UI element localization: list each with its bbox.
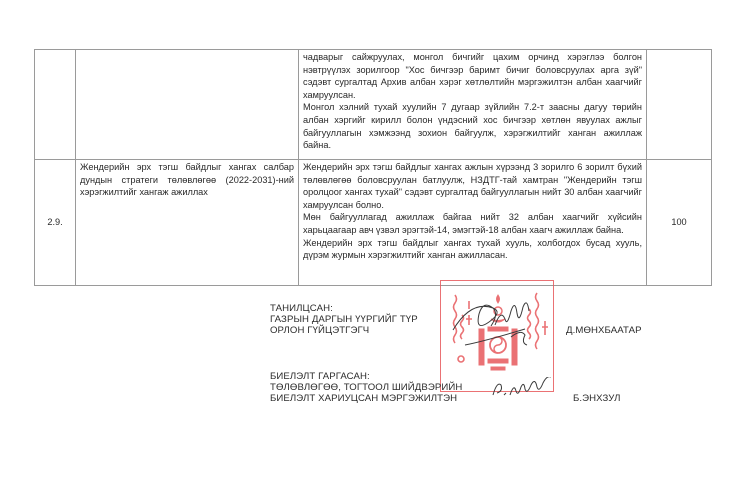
row-number-cell — [35, 50, 76, 160]
task-text: Жендерийн эрх тэгш байдлыг хангах салбар… — [80, 160, 294, 199]
percent-cell — [647, 50, 712, 160]
task-cell: Жендерийн эрх тэгш байдлыг хангах салбар… — [76, 160, 299, 286]
acknowledged-label: ТАНИЛЦСАН: — [270, 303, 630, 314]
result-paragraph: Жендерийн эрх тэгш байдлыг хангах тухай … — [303, 237, 642, 262]
table-row: 2.9. Жендерийн эрх тэгш байдлыг хангах с… — [35, 160, 712, 286]
prepared-position: ТӨЛӨВЛӨГӨӨ, ТОГТООЛ ШИЙДВЭРИЙН — [270, 382, 630, 393]
task-cell — [76, 50, 299, 160]
prepared-signature-block: БИЕЛЭЛТ ГАРГАСАН: ТӨЛӨВЛӨГӨӨ, ТОГТООЛ ШИ… — [270, 371, 630, 405]
result-cell: чадварыг сайжруулах, монгол бичгийг цахи… — [299, 50, 647, 160]
result-cell: Жендерийн эрх тэгш байдлыг хангах ажлын … — [299, 160, 647, 286]
row-number-cell: 2.9. — [35, 160, 76, 286]
acknowledged-signature-block: ТАНИЛЦСАН: ГАЗРЫН ДАРГЫН ҮҮРГИЙГ ТҮР ОРЛ… — [270, 303, 630, 337]
result-paragraph: чадварыг сайжруулах, монгол бичгийг цахи… — [303, 51, 642, 101]
result-paragraph: Монгол хэлний тухай хуулийн 7 дугаар зүй… — [303, 101, 642, 151]
prepared-name: Б.ЭНХЗУЛ — [573, 393, 621, 404]
acknowledged-name: Д.МӨНХБААТАР — [566, 325, 642, 336]
result-paragraph: Жендерийн эрх тэгш байдлыг хангах ажлын … — [303, 161, 642, 211]
result-paragraph: Мөн байгууллагад ажиллаж байгаа нийт 32 … — [303, 211, 642, 236]
percent-cell: 100 — [647, 160, 712, 286]
acknowledged-position: ГАЗРЫН ДАРГЫН ҮҮРГИЙГ ТҮР — [270, 314, 630, 325]
table-row: чадварыг сайжруулах, монгол бичгийг цахи… — [35, 50, 712, 160]
prepared-label: БИЕЛЭЛТ ГАРГАСАН: — [270, 371, 630, 382]
report-table: чадварыг сайжруулах, монгол бичгийг цахи… — [34, 49, 712, 286]
